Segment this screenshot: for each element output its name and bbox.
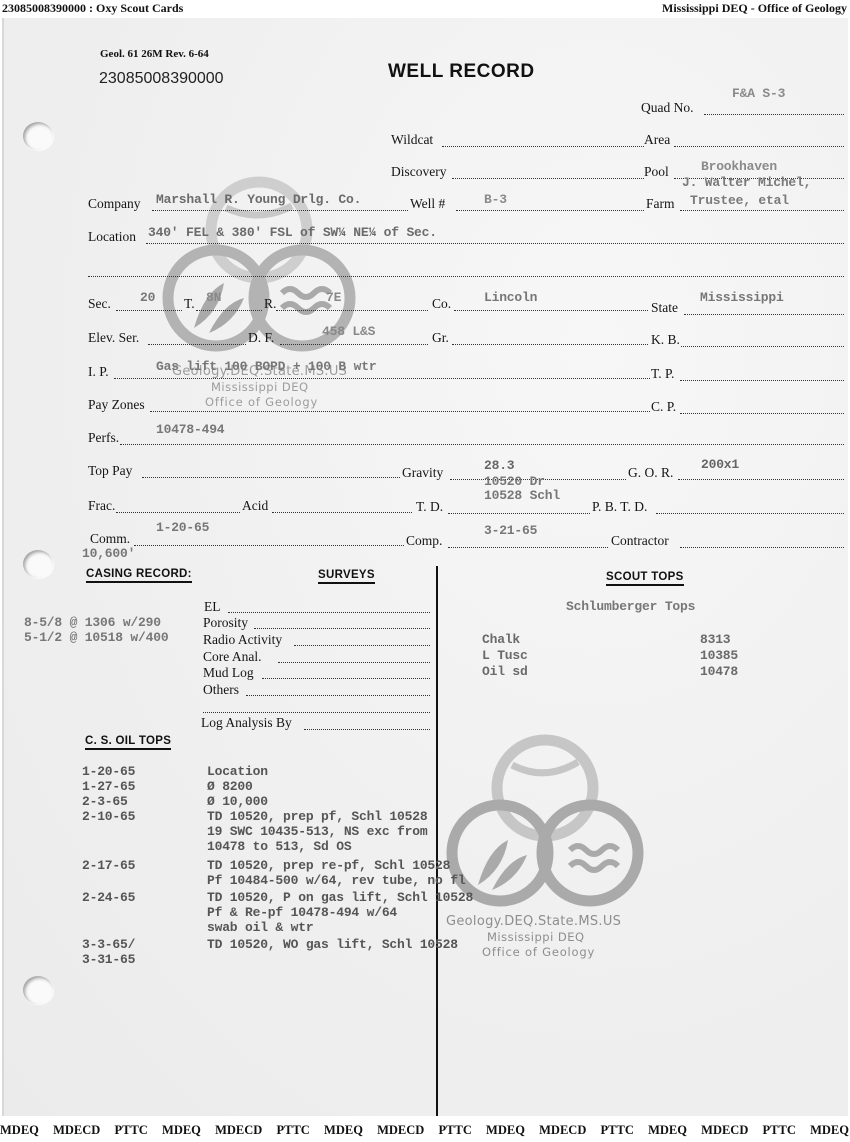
survey-mud-log-line: [262, 678, 430, 679]
sec-field-line: [116, 310, 182, 311]
history-date: 2-24-65: [82, 890, 135, 905]
well-no-value: B-3: [484, 192, 507, 207]
footer-item: MDEQ: [0, 1118, 39, 1142]
surveys-heading: SURVEYS: [318, 569, 375, 584]
survey-blank-line: [203, 712, 430, 713]
state-label: State: [651, 300, 678, 316]
cp-label: C. P.: [651, 399, 676, 415]
sec-value: 20: [140, 290, 155, 305]
td-label: T. D.: [416, 499, 443, 515]
perfs-value: 10478-494: [156, 422, 224, 437]
farm-value-line1: J. Walter Michel,: [682, 175, 811, 190]
survey-el-label: EL: [204, 599, 221, 615]
county-field-line: [454, 310, 648, 311]
watermark-url: Geology.DEQ.State.MS.US: [446, 914, 621, 929]
survey-porosity-label: Porosity: [203, 615, 248, 631]
history-text: Ø 10,000: [207, 794, 268, 809]
history-date: 2-10-65: [82, 809, 135, 824]
perfs-label: Perfs.: [88, 430, 119, 446]
history-text: Location: [207, 764, 268, 779]
comm-value: 1-20-65: [156, 520, 209, 535]
wildcat-field-line: [442, 146, 644, 147]
location-field-line-2: [88, 276, 844, 277]
range-value: 7E: [326, 290, 341, 305]
farm-field-line: [680, 210, 844, 211]
survey-mud-log-label: Mud Log: [203, 665, 254, 681]
watermark-agency: Mississippi DEQ: [211, 380, 309, 394]
punch-hole: [23, 122, 53, 150]
header-document-id: 23085008390000 : Oxy Scout Cards: [2, 0, 183, 17]
top-pay-label: Top Pay: [88, 463, 132, 479]
comm-label: Comm.: [90, 531, 130, 547]
history-date: 2-17-65: [82, 858, 135, 873]
cs-oil-tops-heading: C. S. OIL TOPS: [85, 735, 171, 750]
farm-label: Farm: [646, 196, 675, 212]
township-field-line: [196, 310, 262, 311]
tp-field-line: [680, 380, 844, 381]
pool-value: Brookhaven: [701, 159, 777, 174]
watermark-office: Office of Geology: [482, 945, 595, 959]
footer-item: MDECD: [539, 1118, 586, 1142]
td-field-line: [448, 513, 590, 514]
footer-item: MDEQ: [162, 1118, 201, 1142]
log-analysis-by-line: [304, 729, 430, 730]
area-label: Area: [644, 132, 670, 148]
scout-top-depth: 10385: [700, 648, 738, 663]
acid-field-line: [272, 512, 412, 513]
history-text: Pf 10484-500 w/64, rev tube, no fl: [207, 873, 465, 888]
scout-tops-heading: SCOUT TOPS: [606, 571, 684, 586]
discovery-field-line: [452, 178, 644, 179]
area-field-line: [674, 146, 844, 147]
ip-label: I. P.: [88, 364, 109, 380]
quad-no-label: Quad No.: [641, 100, 694, 116]
punch-hole: [23, 550, 53, 578]
form-number: Geol. 61 26M Rev. 6-64: [100, 48, 209, 60]
county-value: Lincoln: [484, 290, 537, 305]
survey-others-label: Others: [203, 682, 239, 698]
scout-top-name: L Tusc: [482, 648, 528, 663]
scanned-well-record-page: Geology.DEQ.State.MS.US Mississippi DEQ …: [2, 18, 848, 1116]
cp-field-line: [680, 413, 844, 414]
history-date: 1-27-65: [82, 779, 135, 794]
range-label: R.: [264, 296, 276, 312]
scout-top-name: Chalk: [482, 632, 520, 647]
state-field-line: [684, 314, 844, 315]
range-field-line: [276, 310, 428, 311]
survey-porosity-line: [254, 628, 430, 629]
comp-value: 3-21-65: [484, 523, 537, 538]
history-text: TD 10520, prep re-pf, Schl 10528: [207, 858, 450, 873]
casing-row: 8-5/8 @ 1306 w/290: [24, 615, 161, 630]
well-no-field-line: [456, 210, 644, 211]
footer-item: PTTC: [277, 1118, 310, 1142]
state-value: Mississippi: [700, 290, 784, 305]
quad-no-value: F&A S-3: [732, 86, 785, 101]
survey-others-line: [246, 695, 430, 696]
df-label: D. F.: [248, 330, 274, 346]
kb-field-line: [681, 346, 844, 347]
watermark-office: Office of Geology: [205, 395, 318, 409]
company-field-line: [152, 210, 408, 211]
wildcat-label: Wildcat: [391, 132, 433, 148]
gor-field-line: [678, 479, 844, 480]
scout-top-depth: 8313: [700, 632, 730, 647]
survey-radio-activity-label: Radio Activity: [203, 632, 282, 648]
history-text: TD 10520, WO gas lift, Schl 10528: [207, 937, 458, 952]
history-date: 3-3-65/: [82, 937, 135, 952]
sec-label: Sec.: [88, 296, 111, 312]
location-field-line: [146, 243, 844, 244]
td-value-schlumberger: 10528 Schl: [484, 488, 560, 503]
history-date: 2-3-65: [82, 794, 128, 809]
farm-value-line2: Trustee, etal: [690, 193, 789, 208]
punch-hole: [23, 976, 53, 1004]
footer-bar: MDEQMDECDPTTCMDEQMDECDPTTCMDEQMDECDPTTCM…: [0, 1118, 850, 1142]
history-text: 19 SWC 10435-513, NS exc from: [207, 824, 427, 839]
perfs-field-line: [120, 444, 844, 445]
page-title: WELL RECORD: [388, 61, 535, 83]
frac-field-line: [116, 512, 240, 513]
df-field-line: [280, 344, 428, 345]
kb-label: K. B.: [651, 332, 680, 348]
gravity-label: Gravity: [402, 465, 443, 481]
contractor-field-line: [680, 547, 844, 548]
history-text: swab oil & wtr: [207, 920, 313, 935]
watermark-agency: Mississippi DEQ: [487, 930, 585, 944]
footer-item: MDECD: [215, 1118, 262, 1142]
footer-item: PTTC: [114, 1118, 147, 1142]
footer-item: MDECD: [377, 1118, 424, 1142]
acid-label: Acid: [242, 498, 268, 514]
scout-top-name: Oil sd: [482, 664, 528, 679]
footer-item: MDEQ: [324, 1118, 363, 1142]
contractor-label: Contractor: [611, 533, 669, 549]
pbtd-label: P. B. T. D.: [592, 499, 647, 515]
gor-label: G. O. R.: [628, 465, 673, 481]
discovery-label: Discovery: [391, 164, 446, 180]
comp-label: Comp.: [406, 533, 442, 549]
company-value: Marshall R. Young Drlg. Co.: [156, 192, 361, 207]
history-text: TD 10520, P on gas lift, Schl 10528: [207, 890, 473, 905]
frac-label: Frac.: [88, 498, 115, 514]
pool-label: Pool: [644, 164, 669, 180]
quad-no-field-line: [704, 114, 844, 115]
footer-item: MDEQ: [486, 1118, 525, 1142]
pay-zones-label: Pay Zones: [88, 397, 145, 413]
footer-item: MDEQ: [810, 1118, 849, 1142]
scout-top-depth: 10478: [700, 664, 738, 679]
footer-item: MDEQ: [648, 1118, 687, 1142]
history-text: Ø 8200: [207, 779, 253, 794]
history-text: Pf & Re-pf 10478-494 w/64: [207, 905, 397, 920]
ip-field-line: [114, 378, 650, 379]
df-value: 458 L&S: [322, 324, 375, 339]
history-text: 10478 to 513, Sd OS: [207, 839, 351, 854]
api-number: 23085008390000: [99, 70, 224, 88]
td-value-driller: 10520 Dr: [484, 474, 545, 489]
elev-ser-field-line: [148, 344, 246, 345]
casing-record-heading: CASING RECORD:: [86, 568, 192, 583]
gr-field-line: [452, 344, 648, 345]
depth-note: 10,600': [82, 546, 135, 561]
pay-zones-field-line: [150, 411, 650, 412]
tp-label: T. P.: [651, 366, 674, 382]
scout-tops-subheading: Schlumberger Tops: [566, 599, 695, 614]
footer-item: MDECD: [701, 1118, 748, 1142]
survey-radio-activity-line: [294, 645, 430, 646]
location-label: Location: [88, 229, 136, 245]
footer-item: MDECD: [53, 1118, 100, 1142]
pbtd-field-line: [656, 513, 844, 514]
history-date: 1-20-65: [82, 764, 135, 779]
township-value: 8N: [206, 290, 221, 305]
top-pay-field-line: [142, 477, 400, 478]
county-label: Co.: [432, 296, 451, 312]
comm-field-line: [134, 545, 404, 546]
gravity-value: 28.3: [484, 458, 514, 473]
company-label: Company: [88, 196, 141, 212]
gor-value: 200x1: [701, 457, 739, 472]
survey-core-anal-line: [278, 662, 430, 663]
header-agency: Mississippi DEQ - Office of Geology: [662, 0, 847, 17]
well-no-label: Well #: [410, 196, 445, 212]
footer-item: PTTC: [601, 1118, 634, 1142]
column-divider: [436, 566, 438, 1116]
survey-core-anal-label: Core Anal.: [203, 649, 262, 665]
survey-el-line: [228, 612, 430, 613]
elev-ser-label: Elev. Ser.: [88, 330, 139, 346]
header-bar: 23085008390000 : Oxy Scout Cards Mississ…: [0, 0, 850, 18]
comp-field-line: [448, 547, 608, 548]
history-date: 3-31-65: [82, 952, 135, 967]
township-label: T.: [184, 296, 195, 312]
casing-row: 5-1/2 @ 10518 w/400: [24, 630, 168, 645]
footer-item: PTTC: [763, 1118, 796, 1142]
ip-value: Gas lift 100 BOPD + 100 B wtr: [156, 359, 376, 374]
footer-item: PTTC: [439, 1118, 472, 1142]
history-text: TD 10520, prep pf, Schl 10528: [207, 809, 427, 824]
location-value: 340' FEL & 380' FSL of SW¼ NE¼ of Sec.: [148, 225, 437, 240]
gr-label: Gr.: [432, 330, 449, 346]
log-analysis-by-label: Log Analysis By: [201, 715, 292, 731]
